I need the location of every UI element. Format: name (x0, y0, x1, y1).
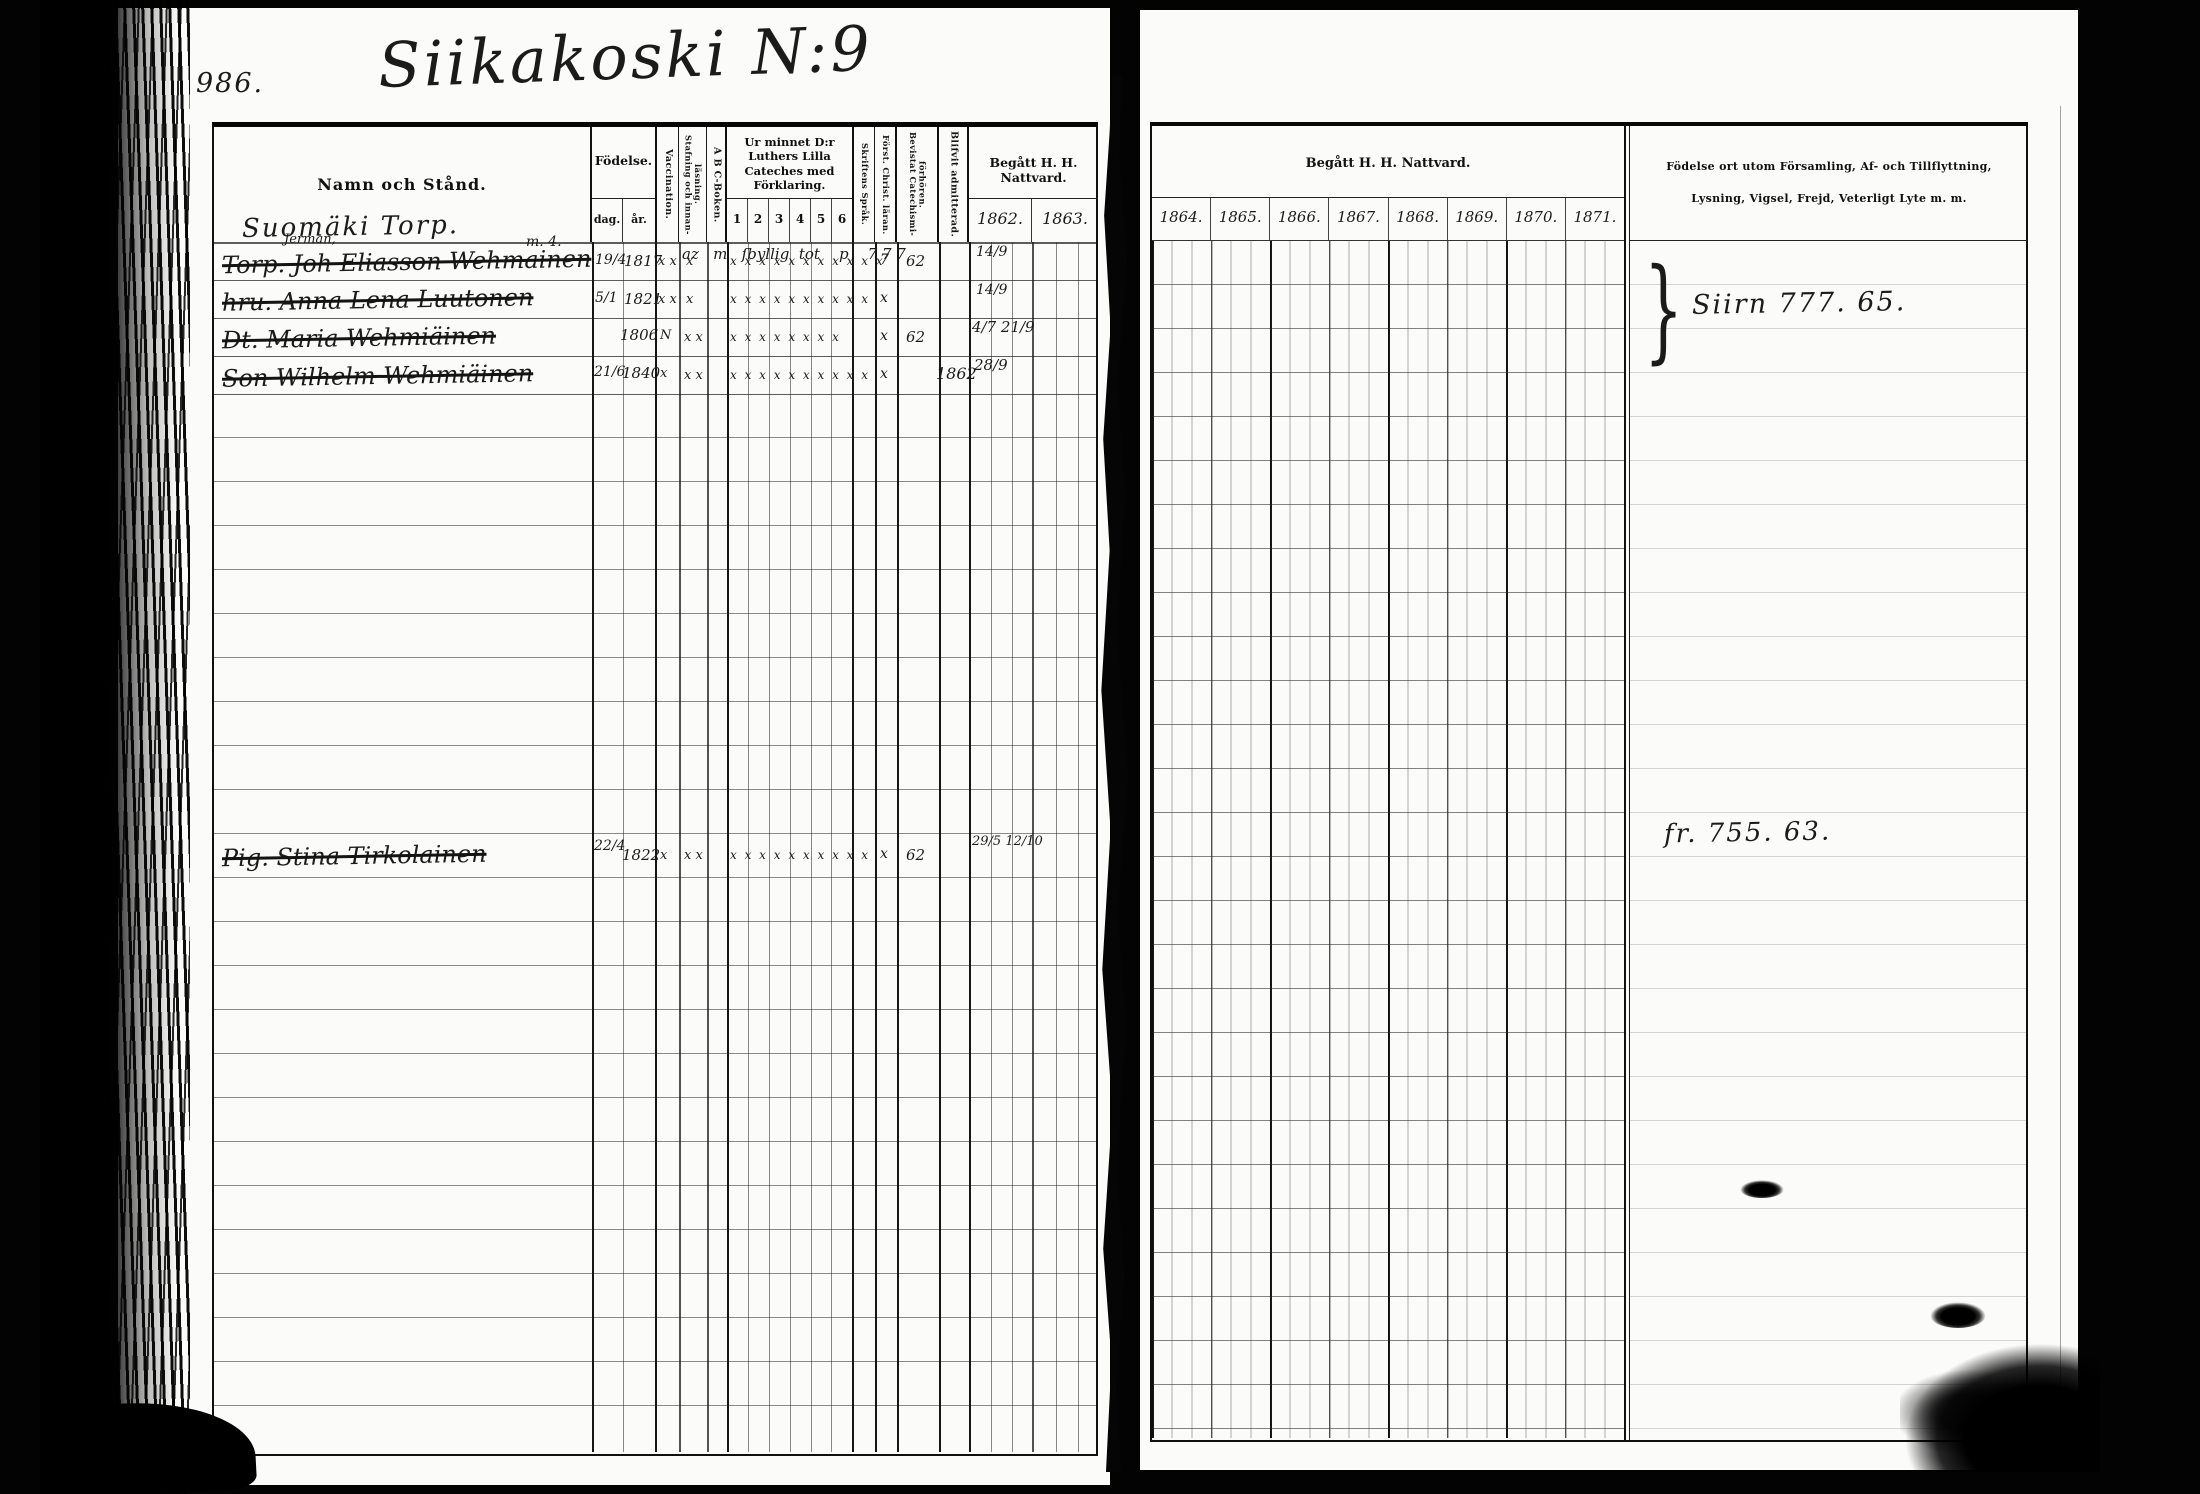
record-row: hru. Anna Lena Luutonen 5/1 1821 x x x x… (214, 280, 1098, 318)
header-notes-line1: Födelse ort utom Församling, Af- och Til… (1630, 160, 2028, 173)
vaccination-mark: N (660, 328, 671, 343)
doctrine-mark: x (880, 846, 888, 862)
header-year-1864: 1864. (1152, 198, 1211, 240)
header-catechism-col-3: 3 (769, 199, 790, 242)
right-page: Begått H. H. Nattvard. 1864. 1865. 1866.… (1140, 10, 2078, 1470)
person-name: Son Wilhelm Wehmiäinen (222, 359, 534, 392)
header-year-1870: 1870. (1507, 198, 1566, 240)
catechism-marks: x x x x x x x x x x x (730, 254, 852, 268)
header-year-1867: 1867. (1329, 198, 1388, 240)
header-doctrine-label: Först. Christ. läran. (880, 135, 890, 235)
catechism-marks: x x x x x x x x x x (730, 292, 852, 306)
header-year-1866: 1866. (1270, 198, 1329, 240)
header-catechism-col-1: 1 (727, 199, 748, 242)
birth-year: 1806 (620, 326, 658, 344)
spelling-mark: x (686, 254, 693, 269)
birth-year: 1840 (622, 364, 660, 382)
catechism-meeting-year: 62 (906, 252, 925, 270)
row-note-right: m. 4. (526, 234, 562, 250)
birth-day: 22/4 (594, 838, 625, 854)
scan-left-torn-edge (40, 0, 190, 1494)
header-year-1865: 1865. (1211, 198, 1270, 240)
birth-day: 5/1 (595, 290, 618, 306)
header-admitted-label: Blifvit admitterad. (948, 131, 959, 237)
header-scripture-box: Skriftens Språk. (852, 127, 875, 242)
doctrine-mark: 7 (880, 252, 889, 268)
header-catechism-col-2: 2 (748, 199, 769, 242)
header-abc-box: A B C-Boken. (707, 127, 727, 242)
header-catechism-cells: 1 2 3 4 5 6 (727, 199, 852, 242)
left-record-table: Namn och Stånd. Suomäki Torp. Födelse. d… (212, 122, 1098, 1456)
birth-year: 1822 (622, 846, 660, 864)
communion-1862-mark: 14/9 (976, 244, 1007, 260)
header-notes-box: Födelse ort utom Församling, Af- och Til… (1630, 126, 2028, 241)
header-communion-label: Begått H. H. Nattvard. (969, 127, 1098, 199)
scanned-book-spread: 986. Siikakoski N:9 Namn och Stånd. Suom… (0, 0, 2200, 1494)
header-catechism-meetings-label: Bevistat Catechismi-förhören. (907, 127, 926, 242)
person-name: Pig. Stina Tirkolainen (222, 840, 487, 873)
spelling-mark: x x (684, 848, 703, 863)
page-number: 986. (196, 68, 264, 99)
record-row: Pig. Stina Tirkolainen 22/4 1822 x x x x… (214, 834, 1098, 878)
vaccination-mark: x (660, 848, 667, 863)
annotation-moved-from: fr. 755. 63. (1664, 817, 1832, 850)
page-edge-crease (2060, 106, 2061, 1446)
spelling-mark: x (686, 292, 693, 307)
header-vaccination-label: Vaccination. (662, 149, 673, 219)
header-birth-day: dag. (592, 199, 623, 242)
header-year-1869: 1869. (1448, 198, 1507, 240)
header-abc-label: A B C-Boken. (711, 147, 722, 223)
communion-1862-mark: 4/7 21/9 (972, 318, 1035, 336)
ink-stain (1740, 1180, 1784, 1198)
annotation-brace: } (1644, 256, 1683, 364)
communion-1862-mark: 14/9 (976, 282, 1007, 298)
doctrine-mark: x (880, 290, 888, 306)
communion-1862-mark: 28/9 (974, 356, 1008, 374)
header-communion-label: Begått H. H. Nattvard. (1152, 126, 1624, 198)
person-name: Dt. Maria Wehmiäinen (222, 322, 496, 355)
record-row: Son Wilhelm Wehmiäinen 21/6 1840 x x x x… (214, 356, 1098, 394)
catechism-marks: x x x x x x x x x x (730, 368, 852, 382)
birth-year: 1817 (624, 252, 662, 270)
header-catechism-col-4: 4 (790, 199, 811, 242)
birth-year: 1821 (624, 290, 662, 308)
header-birth-year: år. (623, 199, 655, 242)
ink-stain (1930, 1302, 1986, 1328)
person-name: hru. Anna Lena Luutonen (222, 283, 534, 316)
spelling-mark: x x (684, 368, 703, 383)
header-name-label: Namn och Stånd. (214, 175, 590, 194)
doctrine-mark: x (880, 328, 888, 344)
communion-grid (1152, 241, 1624, 1438)
header-catechism-col-6: 6 (832, 199, 852, 242)
header-admitted-box: Blifvit admitterad. (939, 127, 969, 242)
record-row: Dt. Maria Wehmiäinen 1806 N x x x x x x … (214, 318, 1098, 356)
header-catechism-col-5: 5 (811, 199, 832, 242)
header-doctrine-box: Först. Christ. läran. (875, 127, 897, 242)
header-communion-1863: 1863. (1032, 199, 1098, 242)
header-year-cells: 1864. 1865. 1866. 1867. 1868. 1869. 1870… (1152, 198, 1624, 241)
catechism-marks: x x x x x x x x (730, 330, 852, 344)
right-record-table: Begått H. H. Nattvard. 1864. 1865. 1866.… (1150, 122, 2028, 1442)
header-scripture-label: Skriftens Språk. (859, 143, 869, 225)
header-spelling-label: Stafning och innan-läsning. (683, 127, 702, 242)
header-name-box: Namn och Stånd. Suomäki Torp. (214, 127, 592, 242)
vaccination-mark: x x (658, 254, 677, 269)
vaccination-mark: x (660, 366, 667, 381)
spelling-mark: x x (684, 330, 703, 345)
catechism-meeting-year: 62 (906, 328, 925, 346)
header-birth-box: Födelse. (592, 127, 655, 199)
header-catechism-label: Ur minnet D:r Luthers Lilla Cateches med… (727, 127, 852, 199)
vaccination-mark: x x (658, 292, 677, 307)
header-spelling-box: Stafning och innan-läsning. (679, 127, 707, 242)
catechism-meeting-year: 62 (906, 846, 925, 864)
catechism-marks: x x x x x x x x x x (730, 848, 852, 862)
header-birth-label: Födelse. (592, 153, 655, 168)
admitted-year: 1862 (936, 364, 977, 383)
row-note-above: Jerman, (284, 232, 336, 247)
page-title-handwritten: Siikakoski N:9 (377, 11, 899, 102)
birth-day: 21/6 (594, 364, 625, 380)
corner-ink-stain (1900, 1340, 2100, 1472)
record-row: Jerman, Torp. Joh Eliasson Wehmainen m. … (214, 242, 1098, 280)
left-page: 986. Siikakoski N:9 Namn och Stånd. Suom… (118, 8, 1110, 1485)
header-notes-line2: Lysning, Vigsel, Frejd, Veterligt Lyte m… (1630, 192, 2028, 205)
header-vaccination-box: Vaccination. (655, 127, 679, 242)
doctrine-mark: x (880, 366, 888, 382)
header-communion-1862: 1862. (969, 199, 1032, 242)
birth-day: 19/4 (595, 252, 626, 268)
header-catechism-meetings-box: Bevistat Catechismi-förhören. (897, 127, 939, 242)
annotation-moved-to: Siirn 777. 65. (1692, 286, 1907, 321)
communion-1862-mark: 29/5 12/10 (972, 834, 1043, 849)
header-year-1871: 1871. (1566, 198, 1624, 240)
header-year-1868: 1868. (1389, 198, 1448, 240)
